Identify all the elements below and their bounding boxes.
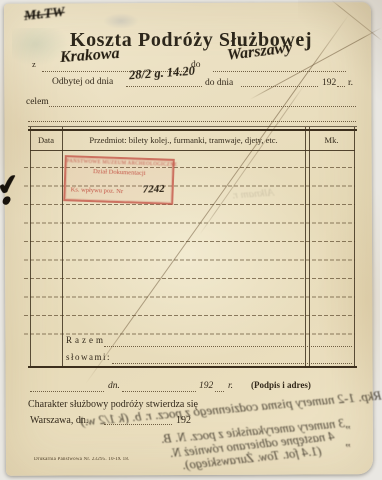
table-border-left: [30, 127, 31, 367]
signature-fill-line-2: [122, 390, 196, 392]
to-date-label: do dnia: [205, 78, 233, 88]
table-header-rule: [30, 150, 355, 151]
total-label: Razem: [66, 335, 106, 345]
column-header-subject: Przedmiot: bilety kolej., furmanki, tram…: [62, 135, 305, 145]
form-title: Koszta Podróży Służbowej: [0, 29, 382, 52]
year-printed: 192: [322, 78, 336, 88]
column-header-date: Data: [30, 135, 62, 145]
printer-imprint: Drukarnia Państwowa Nr. 23295. 10-IX 18.: [34, 457, 130, 462]
purpose-fill-line: [49, 105, 356, 107]
to-date-fill-line: [241, 85, 318, 87]
in-words-fill-line: [112, 362, 352, 364]
date-prefix-label: Odbytej od dnia: [52, 77, 113, 87]
signature-note: (Podpis i adres): [251, 380, 311, 390]
table-column-divider-amount-a: [305, 127, 306, 367]
from-label: z: [32, 59, 36, 69]
table-bottom-rule: [28, 366, 357, 368]
date-fill-line: [126, 85, 202, 87]
stamp-register-label: Ks. wpływu poz. Nr: [71, 186, 124, 195]
stamp-register-number-handwritten: 7242: [142, 183, 164, 196]
total-fill-line: [104, 345, 352, 347]
in-words-label: słowami:: [66, 352, 111, 362]
to-fill-line: [213, 70, 346, 72]
signature-year-fill: [215, 390, 224, 392]
purpose-fill-line-2: [28, 120, 356, 122]
fold-shading: [298, 0, 382, 105]
signature-year: 192: [199, 381, 213, 391]
faint-smudge: [103, 13, 139, 29]
purpose-label: celem: [26, 97, 49, 107]
table-top-thin-rule: [28, 126, 357, 127]
scanned-document: Mt.TW Koszta Podróży Służbowej z Krakowa…: [0, 0, 382, 480]
column-header-amount: Mk.: [309, 135, 354, 145]
table-column-divider-amount-b: [309, 127, 310, 367]
bleedthrough-ditto-mark: „: [344, 434, 351, 449]
dn-label: dn.: [108, 381, 120, 391]
table-top-thick-rule: [28, 129, 357, 132]
stamp-institution-line: PAŃSTWOWE MUZEUM ARCHEOLOGICZNE: [67, 159, 173, 168]
table-border-right: [354, 127, 355, 367]
year-suffix: r.: [348, 78, 353, 88]
archive-stamp: PAŃSTWOWE MUZEUM ARCHEOLOGICZNE Dział Do…: [63, 155, 175, 205]
table-column-divider-date: [62, 127, 63, 367]
bleedthrough-ditto-mark: „: [344, 416, 351, 431]
signature-fill-line-1: [30, 390, 104, 392]
stamp-department-line: Dział Dokumentacji: [66, 167, 172, 178]
signature-year-suffix: r.: [228, 381, 233, 391]
year-fill-line: [337, 85, 345, 87]
